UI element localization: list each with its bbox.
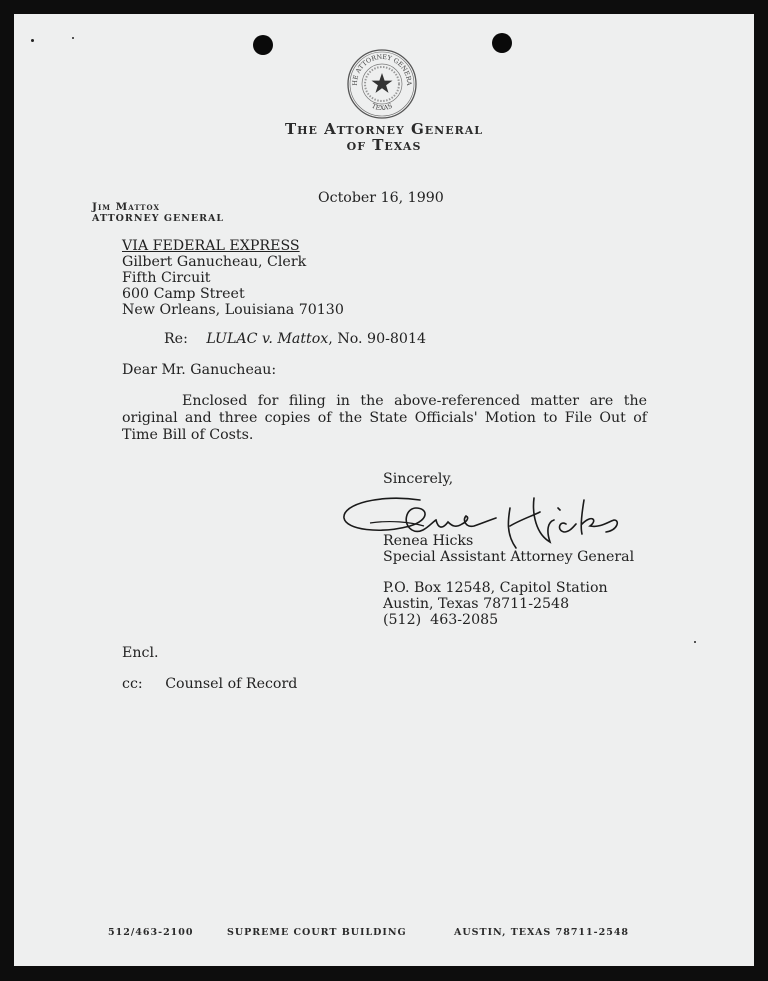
recipient-line: Gilbert Ganucheau, Clerk (122, 254, 306, 271)
footer-building: SUPREME COURT BUILDING (227, 927, 407, 938)
letter-page: THE ATTORNEY GENERAL TEXAS The Attorney … (14, 14, 754, 966)
speck (72, 37, 74, 39)
signer-address-line: Austin, Texas 78711-2548 (383, 596, 569, 613)
svg-text:TEXAS: TEXAS (370, 102, 393, 112)
seal: THE ATTORNEY GENERAL TEXAS (346, 48, 418, 120)
recipient-line: New Orleans, Louisiana 70130 (122, 302, 344, 319)
re-label: Re: (164, 331, 188, 347)
signer-name: Renea Hicks (383, 533, 473, 550)
cc-line: cc: Counsel of Record (122, 676, 297, 693)
sender-title: Attorney General (92, 213, 224, 224)
signer-address-line: P.O. Box 12548, Capitol Station (383, 580, 608, 597)
letter-date: October 16, 1990 (318, 190, 444, 207)
footer-phone: 512/463-2100 (108, 927, 194, 938)
letterhead-subtitle: of Texas (14, 136, 754, 154)
valediction: Sincerely, (383, 471, 453, 488)
speck (694, 641, 696, 643)
cc-value: Counsel of Record (165, 676, 297, 692)
enclosure-note: Encl. (122, 645, 159, 662)
recipient-line: 600 Camp Street (122, 286, 245, 303)
punch-hole-right (492, 33, 512, 53)
texas-attorney-general-seal-icon: THE ATTORNEY GENERAL TEXAS (346, 48, 418, 120)
case-name: LULAC v. Mattox (206, 331, 328, 347)
delivery-method: VIA FEDERAL EXPRESS (122, 238, 300, 255)
case-number: , No. 90-8014 (328, 331, 426, 347)
signer-title: Special Assistant Attorney General (383, 549, 634, 566)
cc-label: cc: (122, 676, 143, 692)
re-line: Re: LULAC v. Mattox, No. 90-8014 (164, 331, 426, 348)
recipient-line: Fifth Circuit (122, 270, 210, 287)
body-paragraph: Enclosed for filing in the above-referen… (122, 393, 647, 444)
signer-phone: (512) 463-2085 (383, 612, 498, 629)
speck (31, 39, 34, 42)
footer-city: AUSTIN, TEXAS 78711-2548 (454, 927, 629, 938)
salutation: Dear Mr. Ganucheau: (122, 362, 276, 379)
punch-hole-left (253, 35, 273, 55)
sender-name: Jim Mattox (92, 201, 160, 213)
